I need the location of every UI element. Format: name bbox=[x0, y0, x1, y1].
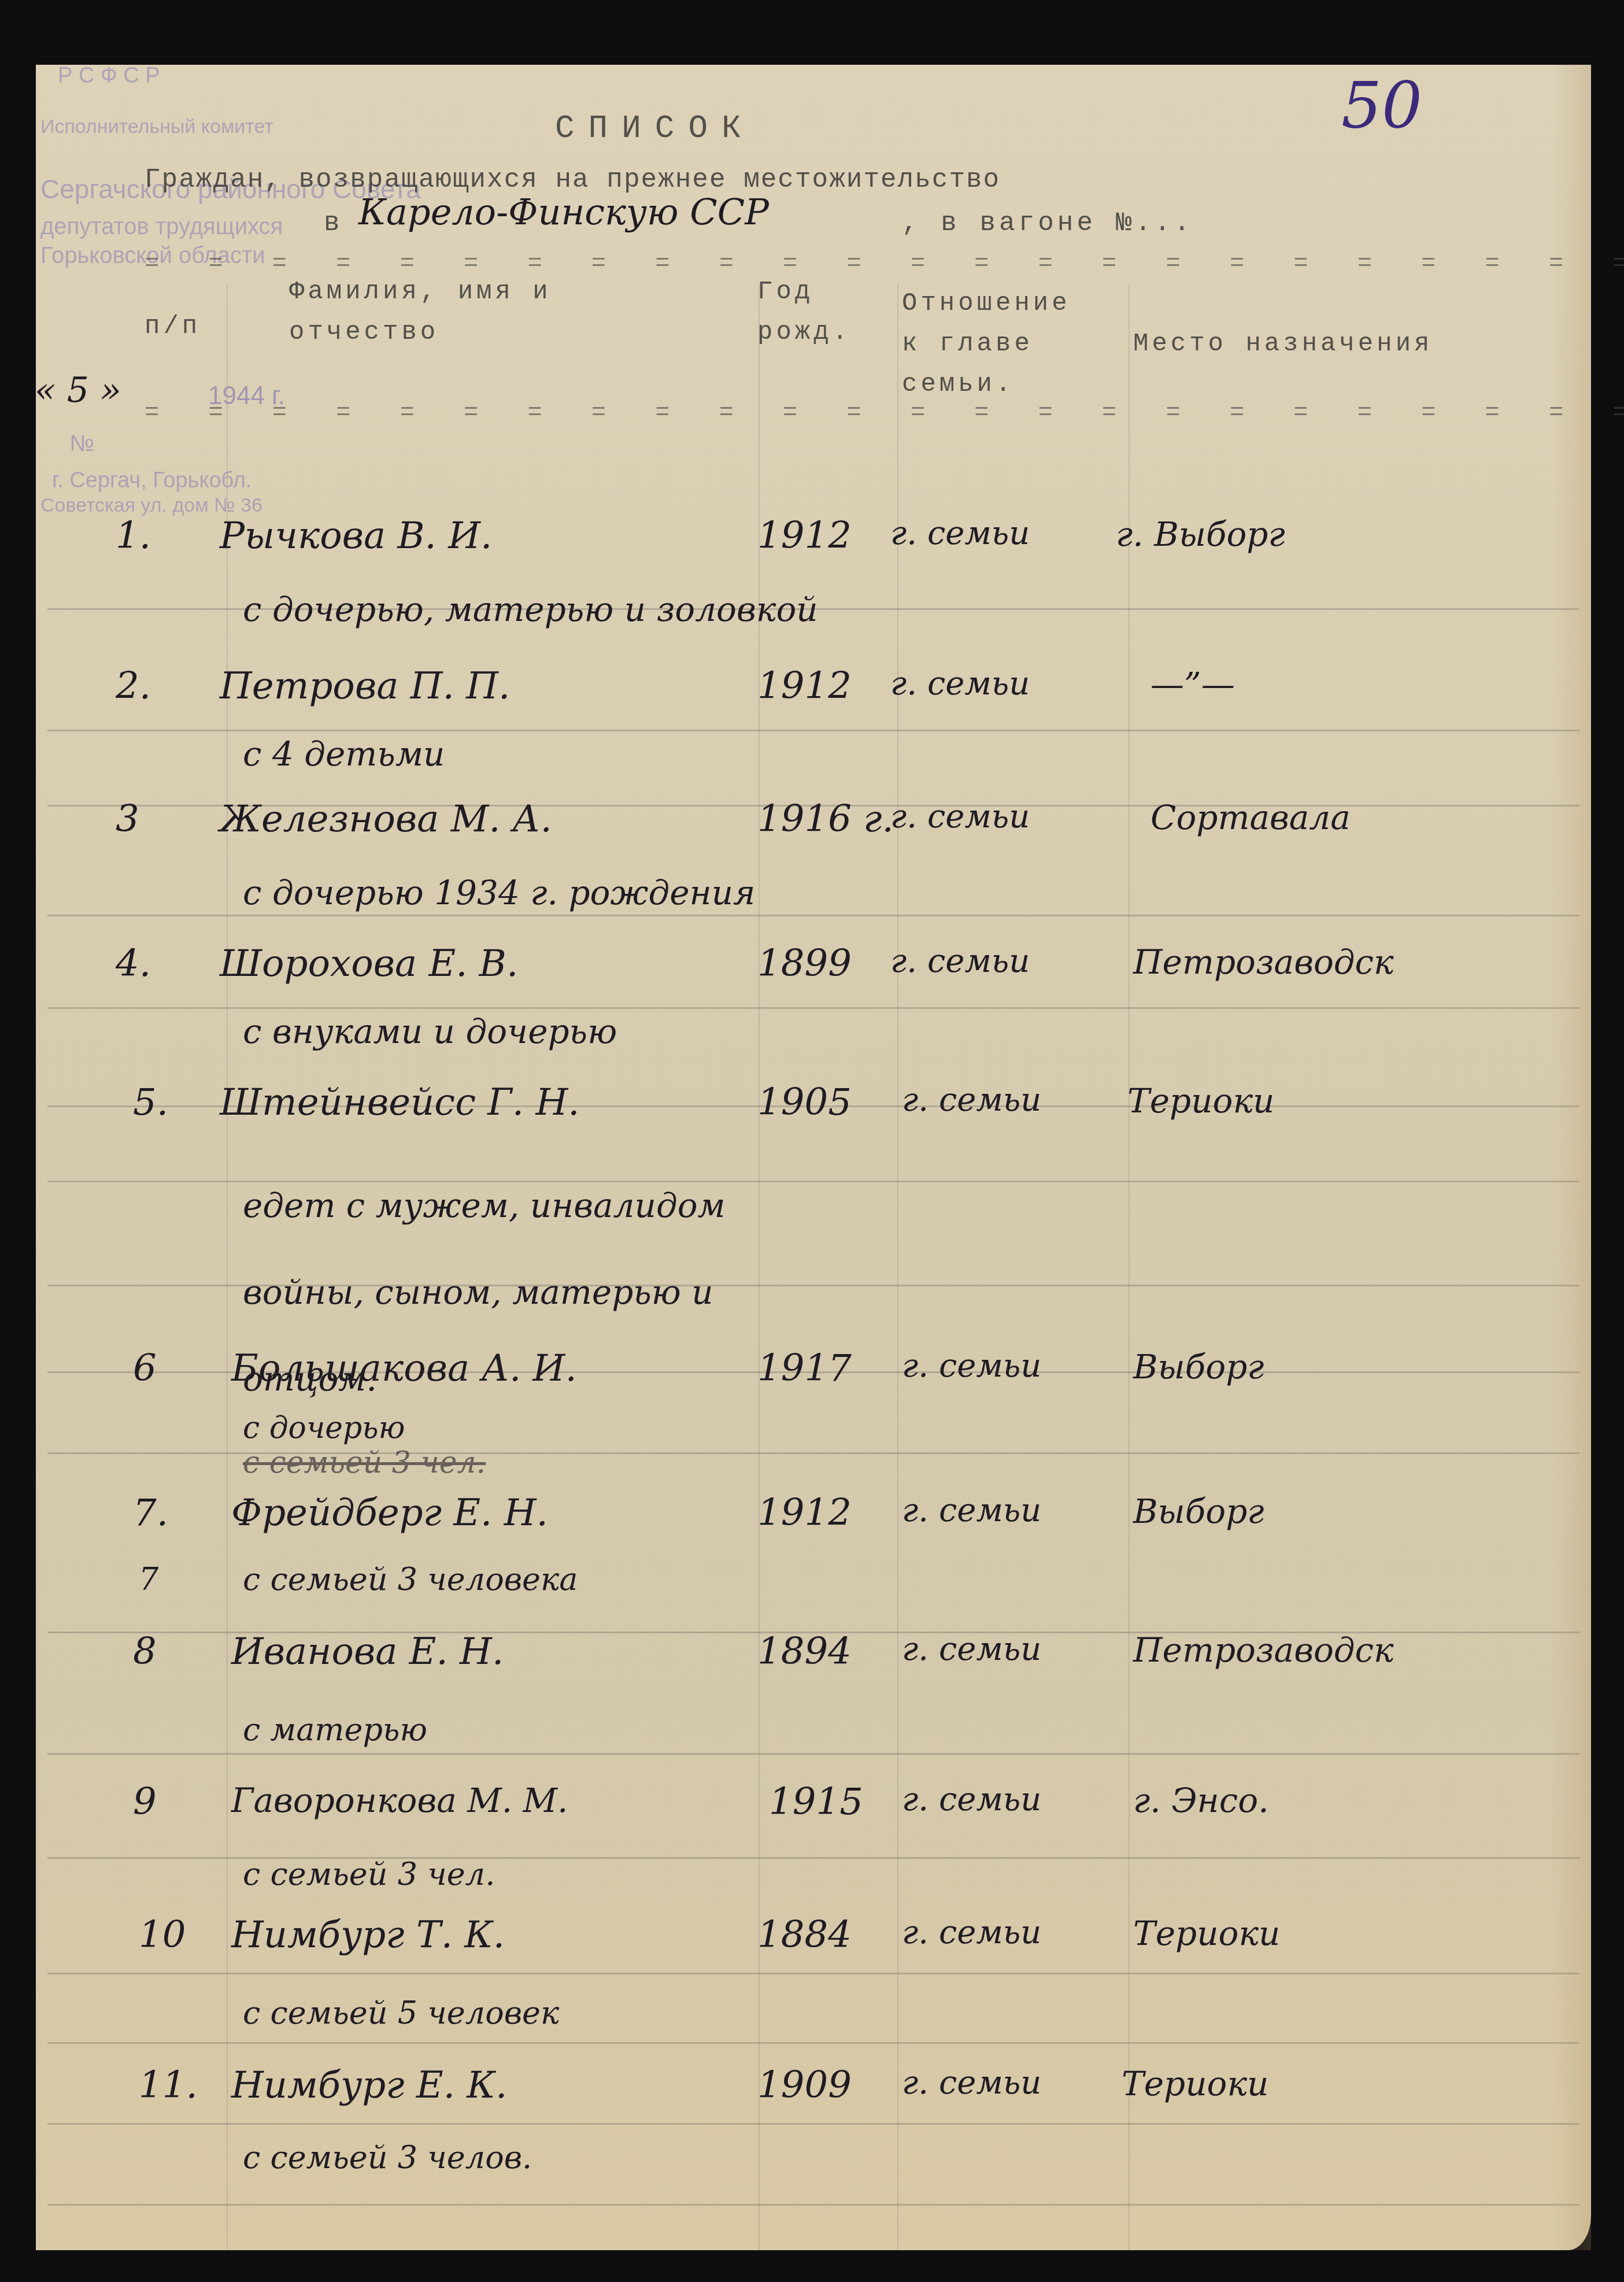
subtitle-prefix: в bbox=[324, 208, 343, 238]
row-name: Железнова М. А. bbox=[220, 798, 552, 841]
row-year: 1912 bbox=[757, 1492, 852, 1534]
row-number: 10 bbox=[139, 1914, 186, 1956]
ruled-line bbox=[47, 2042, 1579, 2044]
row-year: 1909 bbox=[757, 2064, 852, 2107]
row-note-struck: с семьей 3 чел. bbox=[243, 1445, 486, 1480]
row-name: Нимбург Т. К. bbox=[231, 1914, 505, 1956]
row-note: с дочерью, матерью и золовкой bbox=[243, 590, 818, 629]
subtitle-suffix: , в вагоне №... bbox=[902, 208, 1193, 238]
header-year: Год рожд. bbox=[757, 272, 873, 353]
row-destination: Петрозаводск bbox=[1133, 1630, 1394, 1670]
row-name: Рычкова В. И. bbox=[220, 515, 492, 557]
row-note: с семьей 3 челов. bbox=[243, 2139, 532, 2176]
row-year: 1894 bbox=[757, 1630, 852, 1673]
row-destination: —”— bbox=[1151, 665, 1235, 704]
row-year: 1884 bbox=[757, 1914, 852, 1956]
ruled-line bbox=[47, 730, 1579, 731]
header-name: Фамилия, имя и отчество bbox=[289, 272, 578, 353]
stamp-line: депутатов трудящихся bbox=[40, 214, 283, 240]
row-relation: г. семьи bbox=[890, 798, 1030, 835]
row-name: Фрейдберг Е. Н. bbox=[231, 1492, 548, 1534]
row-destination: Териоки bbox=[1122, 2064, 1268, 2103]
row-name: Иванова Е. Н. bbox=[231, 1630, 504, 1673]
stamp-address: г. Сергач, Горькобл. bbox=[52, 468, 251, 493]
ruled-line bbox=[47, 915, 1579, 916]
row-number: 6 bbox=[133, 1347, 157, 1390]
row-number: 5. bbox=[133, 1081, 168, 1124]
row-relation: г. семьи bbox=[902, 2064, 1041, 2102]
row-relation: г. семьи bbox=[902, 1914, 1041, 1951]
row-destination: Сортавала bbox=[1151, 798, 1351, 837]
stamp-line: Р С Ф С Р bbox=[58, 64, 160, 88]
row-year: 1905 bbox=[757, 1081, 852, 1124]
row-destination: Выборг bbox=[1133, 1492, 1264, 1531]
row-relation: г. семьи bbox=[902, 1630, 1041, 1668]
column-rule bbox=[897, 284, 898, 2250]
stamp-number-label: № bbox=[69, 431, 94, 457]
row-relation: г. семьи bbox=[902, 1492, 1041, 1529]
ruled-line bbox=[47, 1753, 1579, 1755]
row-number: 8 bbox=[133, 1630, 157, 1673]
row-number: 4. bbox=[116, 942, 151, 985]
row-number: 2. bbox=[116, 665, 151, 708]
stamp-line: Исполнительный комитет bbox=[40, 116, 273, 138]
row-destination: Выборг bbox=[1133, 1347, 1264, 1386]
row-note: с внуками и дочерью bbox=[243, 1012, 617, 1051]
ruled-line bbox=[47, 1973, 1579, 1974]
row-destination: Петрозаводск bbox=[1133, 942, 1394, 982]
typed-separator: = = = = = = = = = = = = = = = = = = = = … bbox=[145, 399, 1624, 427]
handwritten-destination-republic: Карело-Финскую ССР bbox=[358, 191, 769, 233]
row-number: 3 bbox=[116, 798, 139, 841]
ruled-line bbox=[47, 2204, 1579, 2206]
header-relation: Отношение к главе семьи. bbox=[902, 283, 1093, 405]
row-note: с 4 детьми bbox=[243, 734, 445, 774]
row-name: Штейнвейсс Г. Н. bbox=[220, 1081, 580, 1124]
row-relation: г. семьи bbox=[890, 942, 1030, 980]
row-year: 1899 bbox=[757, 942, 852, 985]
row-destination: г. Выборг bbox=[1116, 515, 1285, 554]
row-number: 7. bbox=[133, 1492, 168, 1534]
row-note: с семьей 3 человека bbox=[243, 1561, 578, 1597]
row-year: 1912 bbox=[757, 665, 852, 708]
ruled-line bbox=[47, 2123, 1579, 2125]
row-number: 9 bbox=[133, 1781, 157, 1824]
row-number: 1. bbox=[116, 515, 151, 557]
row-note: с дочерью 1934 г. рождения bbox=[243, 873, 755, 912]
row-name: Петрова П. П. bbox=[220, 665, 510, 708]
row-year: 1912 bbox=[757, 515, 852, 557]
column-rule bbox=[227, 284, 228, 2250]
row-relation: г. семьи bbox=[890, 515, 1030, 552]
row-note: с дочерью bbox=[243, 1411, 405, 1445]
row-relation: г. семьи bbox=[902, 1347, 1041, 1385]
row-name: Гаворонкова М. М. bbox=[231, 1781, 568, 1820]
row-relation: г. семьи bbox=[890, 665, 1030, 702]
row-name: Большакова А. И. bbox=[231, 1347, 577, 1390]
row-relation: г. семьи bbox=[902, 1781, 1041, 1818]
row-year: 1917 bbox=[757, 1347, 852, 1390]
header-destination: Место назначения bbox=[1133, 330, 1433, 358]
row-destination: г. Энсо. bbox=[1133, 1781, 1269, 1820]
column-rule bbox=[1129, 284, 1130, 2250]
row-note: с семьей 3 чел. bbox=[243, 1856, 495, 1892]
ruled-line bbox=[47, 1007, 1579, 1009]
row-name: Шорохова Е. В. bbox=[220, 942, 518, 985]
row-year: 1916 г. bbox=[757, 798, 894, 841]
document-title: СПИСОК bbox=[555, 110, 755, 147]
row-destination: Териоки bbox=[1133, 1914, 1280, 1953]
page-number: 50 bbox=[1341, 68, 1422, 142]
row-year: 1915 bbox=[769, 1781, 863, 1824]
row-relation: г. семьи bbox=[902, 1081, 1041, 1119]
row-note: с матерью bbox=[243, 1711, 427, 1748]
handwritten-date-day: « 5 » bbox=[35, 370, 121, 410]
stamp-address: Советская ул. дом № 36 bbox=[40, 494, 262, 517]
row-number: 11. bbox=[139, 2064, 198, 2107]
row-note-number: 7 bbox=[139, 1561, 158, 1597]
row-name: Нимбург Е. К. bbox=[231, 2064, 507, 2107]
row-destination: Териоки bbox=[1127, 1081, 1274, 1120]
header-num: п/п bbox=[145, 312, 201, 341]
row-note: с семьей 5 человек bbox=[243, 1995, 559, 2031]
